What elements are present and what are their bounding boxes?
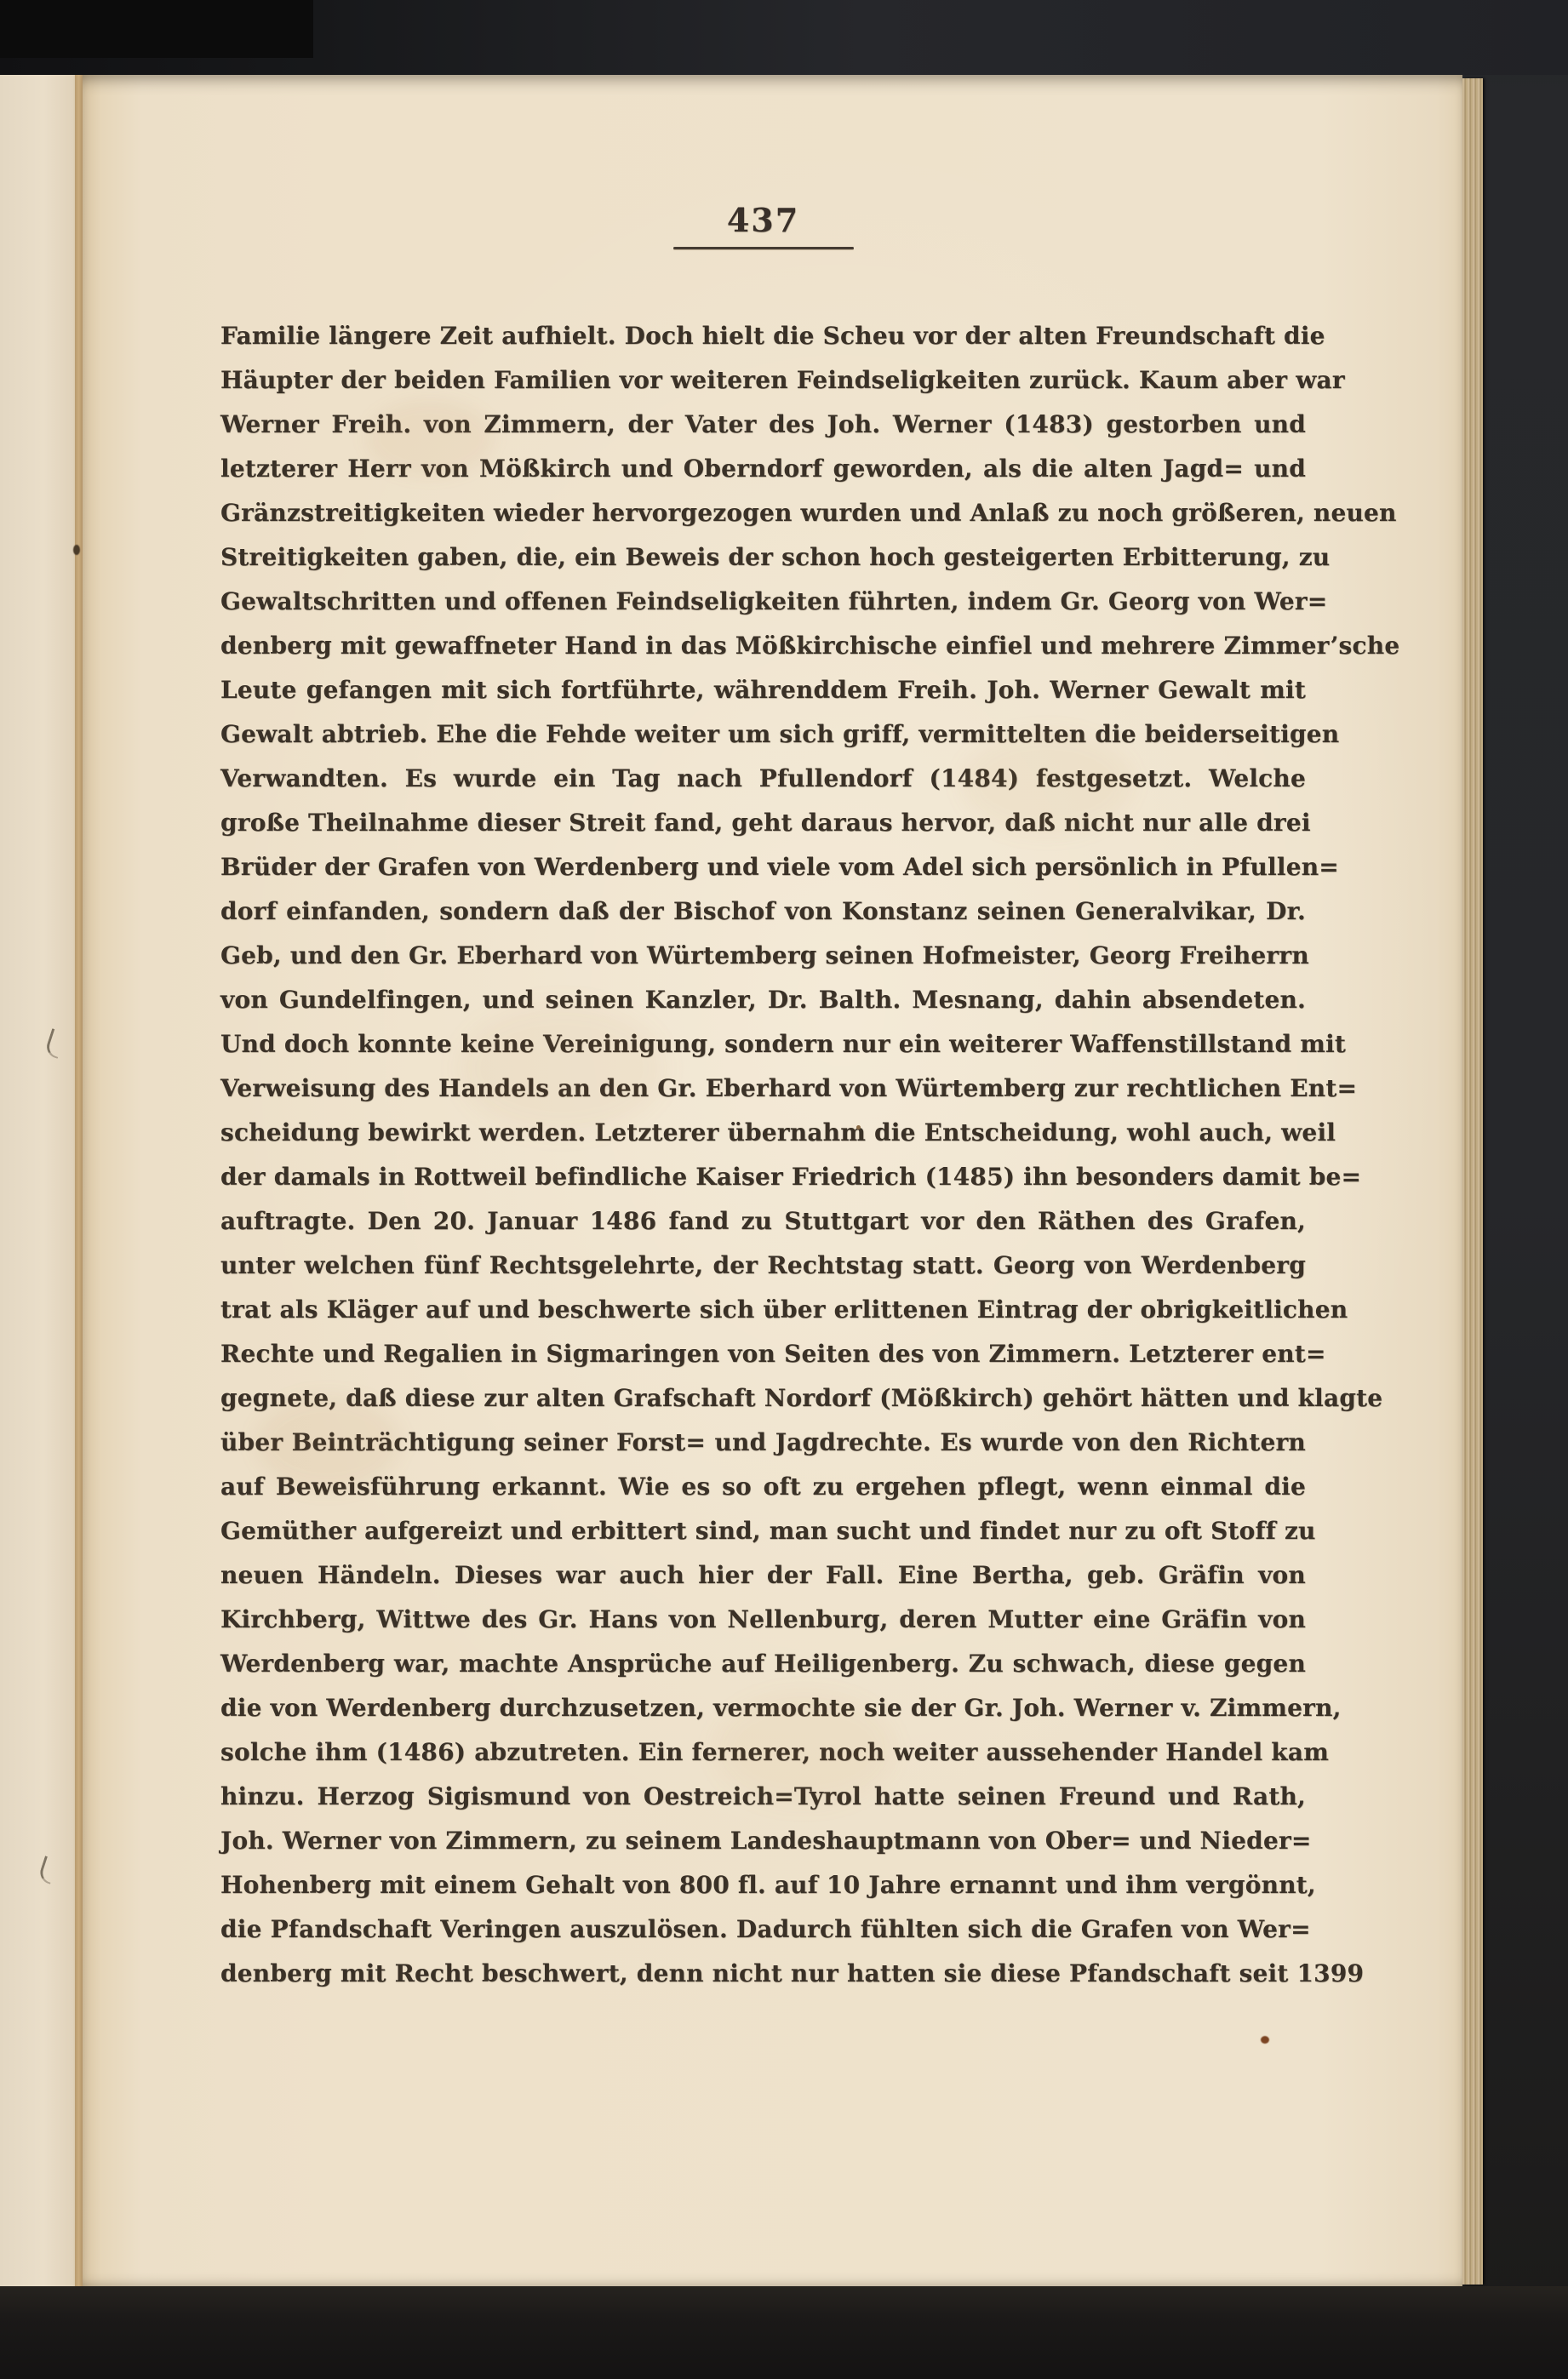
text-line: Verweisung des Handels an den Gr. Eberha… [220, 1067, 1306, 1111]
text-line: denberg mit gewaffneter Hand in das Mößk… [220, 624, 1306, 668]
text-line: Familie längere Zeit aufhielt. Doch hiel… [220, 314, 1306, 358]
text-line: Kirchberg, Wittwe des Gr. Hans von Nelle… [220, 1598, 1306, 1642]
text-line: Geb, und den Gr. Eberhard von Würtemberg… [220, 934, 1306, 978]
scan-background-bottom [0, 2286, 1568, 2379]
fore-edge-pages [1462, 78, 1483, 2285]
text-line: Häupter der beiden Familien vor weiteren… [220, 358, 1306, 403]
text-line: hinzu. Herzog Sigismund von Oestreich=Ty… [220, 1775, 1306, 1819]
text-line: gegnete, daß diese zur alten Grafschaft … [220, 1376, 1306, 1421]
facing-page-edge [0, 75, 79, 2286]
text-line: Gränzstreitigkeiten wieder hervorgezogen… [220, 491, 1306, 535]
text-line: letzterer Herr von Mößkirch und Oberndor… [220, 447, 1306, 491]
text-line: Werdenberg war, machte Ansprüche auf Hei… [220, 1642, 1306, 1686]
text-line: scheidung bewirkt werden. Letzterer über… [220, 1111, 1306, 1155]
book-page: 437 Familie längere Zeit aufhielt. Doch … [83, 75, 1462, 2286]
text-line: Joh. Werner von Zimmern, zu seinem Lande… [220, 1819, 1306, 1863]
gutter-crease [75, 75, 83, 2286]
text-line: trat als Kläger auf und beschwerte sich … [220, 1288, 1306, 1332]
text-line: Verwandten. Es wurde ein Tag nach Pfulle… [220, 757, 1306, 801]
text-line: der damals in Rottweil befindliche Kaise… [220, 1155, 1306, 1199]
text-line: Gemüther aufgereizt und erbittert sind, … [220, 1509, 1306, 1553]
text-line: auf Beweisführung erkannt. Wie es so oft… [220, 1465, 1306, 1509]
page-number-rule [673, 247, 854, 249]
text-line: Hohenberg mit einem Gehalt von 800 fl. a… [220, 1863, 1306, 1907]
text-line: Und doch konnte keine Vereinigung, sonde… [220, 1022, 1306, 1067]
book-scan: 437 Familie längere Zeit aufhielt. Doch … [0, 0, 1568, 2379]
text-line: Gewaltschritten und offenen Feindseligke… [220, 580, 1306, 624]
text-line: solche ihm (1486) abzutreten. Ein ferner… [220, 1730, 1306, 1775]
text-line: von Gundelfingen, und seinen Kanzler, Dr… [220, 978, 1306, 1022]
text-line: Gewalt abtrieb. Ehe die Fehde weiter um … [220, 712, 1306, 757]
text-line: unter welchen fünf Rechtsgelehrte, der R… [220, 1244, 1306, 1288]
text-line: die von Werdenberg durchzusetzen, vermoc… [220, 1686, 1306, 1730]
text-line: Rechte und Regalien in Sigmaringen von S… [220, 1332, 1306, 1376]
text-line: Streitigkeiten gaben, die, ein Beweis de… [220, 535, 1306, 580]
text-line: denberg mit Recht beschwert, denn nicht … [220, 1952, 1306, 1996]
text-line: die Pfandschaft Veringen auszulösen. Dad… [220, 1907, 1306, 1952]
text-line: große Theilnahme dieser Streit fand, geh… [220, 801, 1306, 845]
page-text-block: Familie längere Zeit aufhielt. Doch hiel… [220, 314, 1306, 1996]
text-line: Werner Freih. von Zimmern, der Vater des… [220, 403, 1306, 447]
text-line: Brüder der Grafen von Werdenberg und vie… [220, 845, 1306, 889]
text-line: dorf einfanden, sondern daß der Bischof … [220, 889, 1306, 934]
text-line: über Beinträchtigung seiner Forst= und J… [220, 1421, 1306, 1465]
text-line: neuen Händeln. Dieses war auch hier der … [220, 1553, 1306, 1598]
text-line: Leute gefangen mit sich fortführte, währ… [220, 668, 1306, 712]
page-header: 437 [220, 201, 1306, 249]
page-number: 437 [220, 201, 1306, 239]
scan-background-corner [0, 0, 313, 58]
text-line: auftragte. Den 20. Januar 1486 fand zu S… [220, 1199, 1306, 1244]
